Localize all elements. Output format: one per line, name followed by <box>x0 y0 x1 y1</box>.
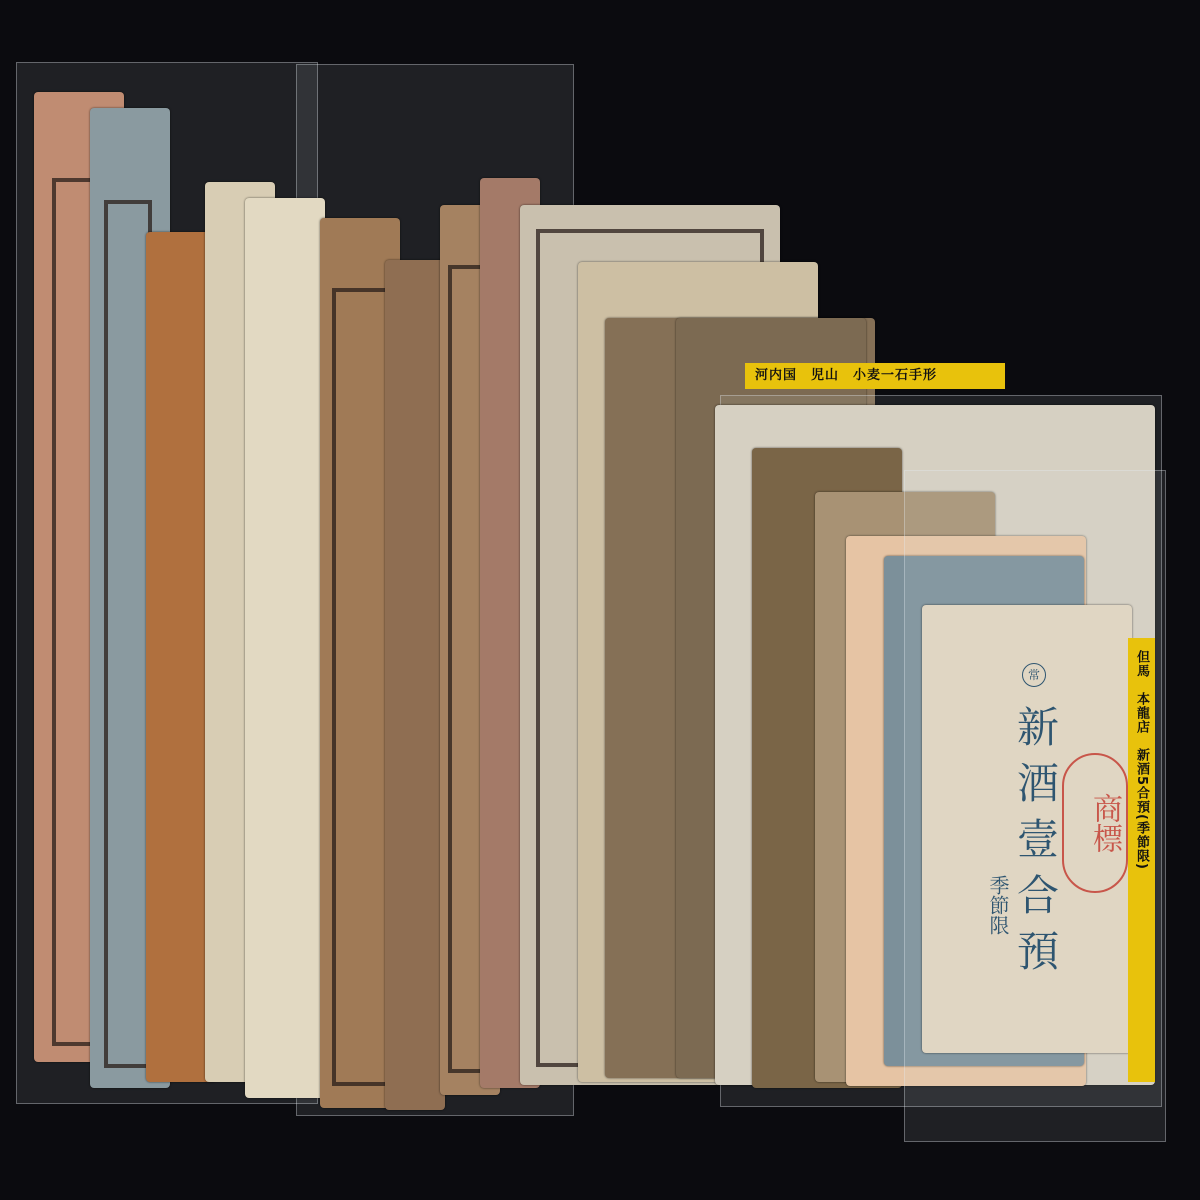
note-frame <box>104 200 152 1068</box>
red-seal: 商標 <box>1062 753 1128 893</box>
emblem: 常 <box>1022 663 1046 687</box>
note-main-text: 新酒壹合預 <box>1014 705 1056 985</box>
label-tajima: 但馬 本龍店 新酒5合預(季節限) <box>1128 638 1155 1082</box>
front-note: 常 新酒壹合預 季節限 商標 <box>922 605 1132 1053</box>
label-kawachi: 河内国 児山 小麦一石手形 <box>745 363 1005 389</box>
note-side-text: 季節限 <box>984 875 1013 935</box>
note-white <box>245 198 325 1098</box>
note-brown2 <box>385 260 445 1110</box>
note-frame <box>332 288 390 1086</box>
